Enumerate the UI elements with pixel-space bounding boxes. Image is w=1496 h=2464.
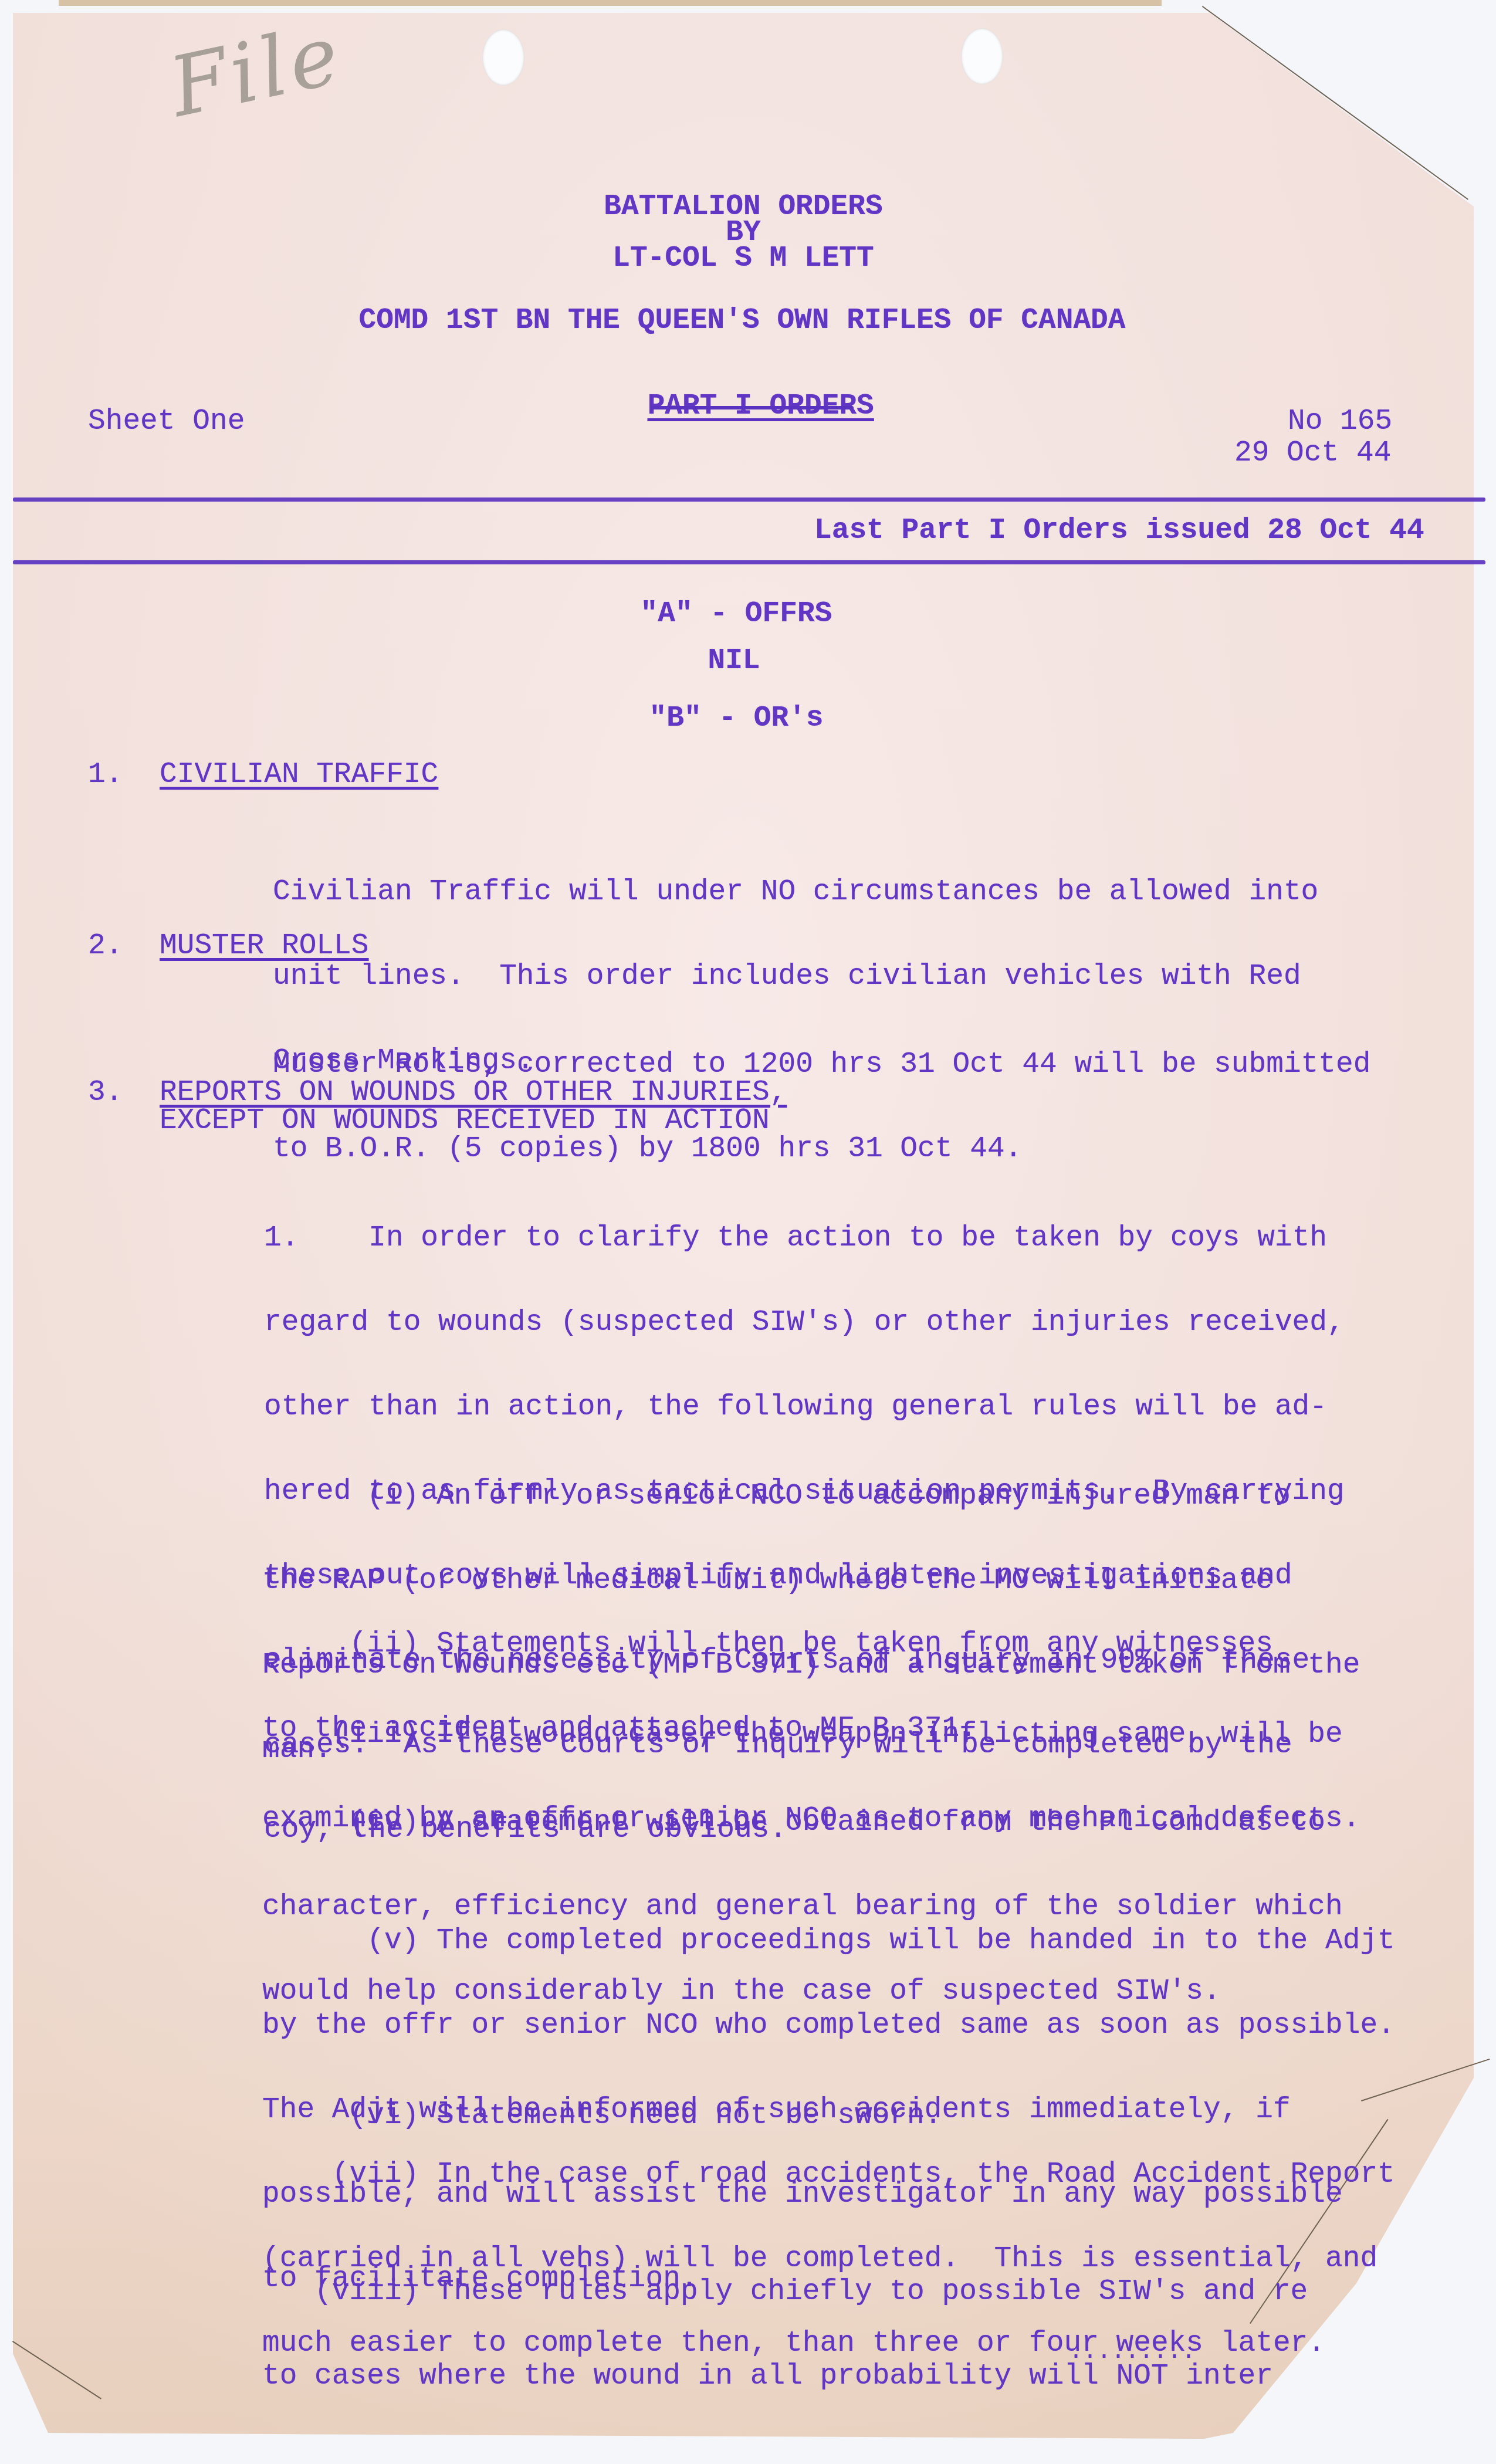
- sheet-label: Sheet One: [88, 407, 245, 435]
- rule-line: (viii) These rules apply chiefly to poss…: [262, 2277, 1308, 2306]
- rule-line: (iv) A statement will be obtained from t…: [262, 1808, 1343, 1836]
- section-a-heading: "A" - OFFRS: [0, 600, 1484, 628]
- rule-viii: (viii) These rules apply chiefly to poss…: [262, 2221, 1308, 2418]
- continuation-dots: .........: [1069, 2338, 1196, 2367]
- punch-hole-left: [482, 29, 524, 86]
- order-2-number: 2.: [88, 932, 123, 960]
- rule-line: by the offr or senior NCO who completed …: [262, 2011, 1395, 2039]
- order-2-title: MUSTER ROLLS: [160, 932, 368, 960]
- rule-line: (i) An offr or senior NCO to accompany i…: [262, 1482, 1360, 1510]
- rule-line: (vii) In the case of road accidents, the…: [262, 2160, 1395, 2188]
- order-2-title-text: MUSTER ROLLS: [160, 929, 368, 962]
- order-3-intro-line: 1. In order to clarify the action to be …: [264, 1224, 1345, 1252]
- unit-name: COMD 1ST BN THE QUEEN'S OWN RIFLES OF CA…: [0, 306, 1490, 334]
- order-3-title-line1: REPORTS ON WOUNDS OR OTHER INJURIES,: [160, 1078, 787, 1106]
- order-1-line: Civilian Traffic will under NO circumsta…: [273, 878, 1318, 906]
- order-1-number: 1.: [88, 760, 123, 788]
- header-rule-top: [13, 497, 1485, 502]
- last-orders-issued: Last Part I Orders issued 28 Oct 44: [814, 516, 1424, 544]
- order-1-line: unit lines. This order includes civilian…: [273, 962, 1318, 990]
- part-heading-double-underline: [651, 406, 854, 409]
- order-3-title-line2: EXCEPT ON WOUNDS RECEIVED IN ACTION: [160, 1106, 770, 1135]
- punch-hole-right: [961, 28, 1003, 84]
- title-commander: LT-COL S M LETT: [0, 244, 1491, 272]
- order-3-intro-line: regard to wounds (suspected SIW's) or ot…: [264, 1308, 1345, 1336]
- order-2-line: to B.O.R. (5 copies) by 1800 hrs 31 Oct …: [273, 1135, 1370, 1163]
- section-b-heading: "B" - OR's: [0, 704, 1484, 732]
- order-number: No 165: [1288, 407, 1392, 435]
- order-2-line: Muster Rolls, corrected to 1200 hrs 31 O…: [273, 1050, 1370, 1078]
- page-edge-underneath: [59, 0, 1162, 6]
- order-1-title: CIVILIAN TRAFFIC: [160, 760, 438, 788]
- order-date: 29 Oct 44: [1234, 439, 1391, 467]
- rule-line: (v) The completed proceedings will be ha…: [262, 1927, 1395, 1955]
- section-a-content: NIL: [0, 647, 1482, 675]
- header-rule-bottom: [13, 560, 1485, 564]
- rule-line: (ii) Statements will then be taken from …: [262, 1630, 1273, 1658]
- rule-line: (iii) If a wound case, the weapon inflic…: [262, 1720, 1360, 1748]
- order-1-title-text: CIVILIAN TRAFFIC: [160, 758, 438, 791]
- order-3-number: 3.: [88, 1078, 123, 1106]
- order-3-intro-line: other than in action, the following gene…: [264, 1393, 1345, 1421]
